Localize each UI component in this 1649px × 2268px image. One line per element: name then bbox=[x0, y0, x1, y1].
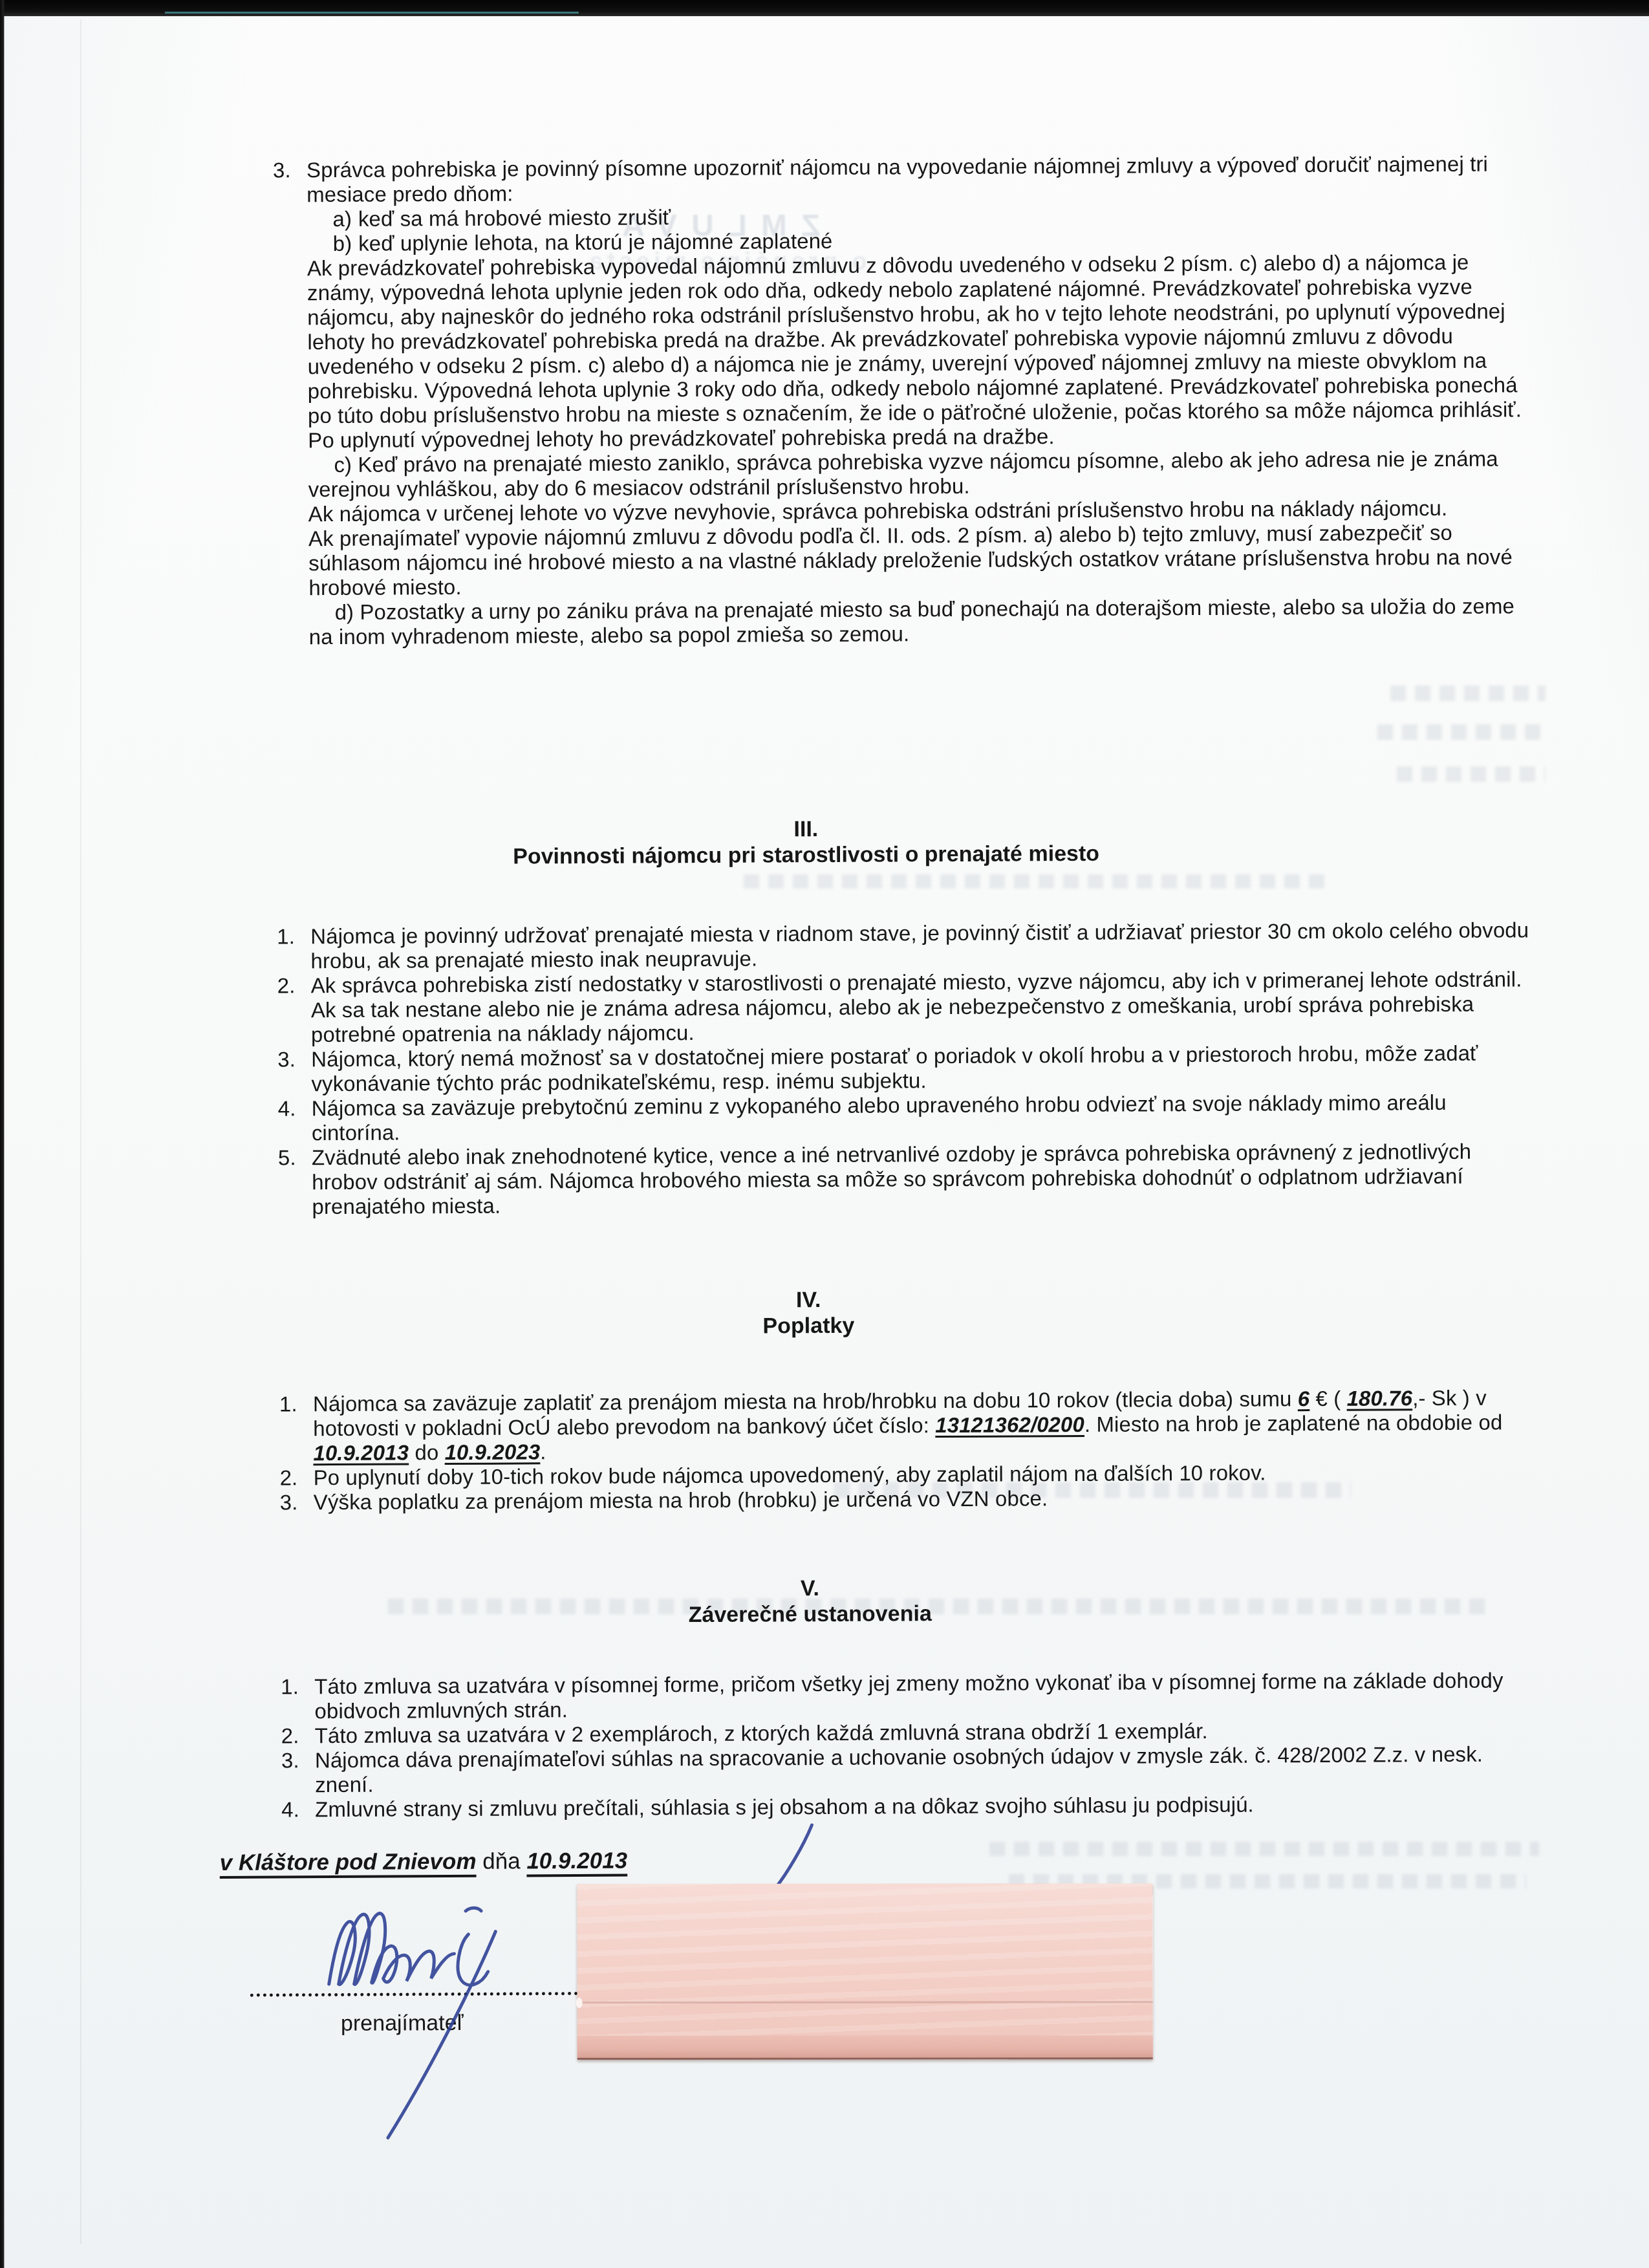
sticky-note-notch bbox=[576, 1998, 583, 2008]
scan-top-edge bbox=[0, 0, 1649, 16]
signature-tilde bbox=[466, 1908, 481, 1911]
sticky-note-fold bbox=[577, 2035, 1153, 2060]
scan-top-edge-accent bbox=[165, 12, 579, 14]
scan-left-edge bbox=[0, 0, 5, 2268]
signature-scribble bbox=[329, 1913, 455, 1985]
document-content: 3. Správca pohrebiska je povinný písomne… bbox=[0, 0, 1649, 2268]
sticky-note-crease bbox=[577, 2001, 1153, 2003]
signature-long-stroke-upper bbox=[775, 1825, 812, 1887]
scanned-contract-page: ZMLUVA o prenájme miesta 3. Správca pohr… bbox=[0, 0, 1649, 2268]
pink-sticky-note bbox=[577, 1883, 1153, 2060]
